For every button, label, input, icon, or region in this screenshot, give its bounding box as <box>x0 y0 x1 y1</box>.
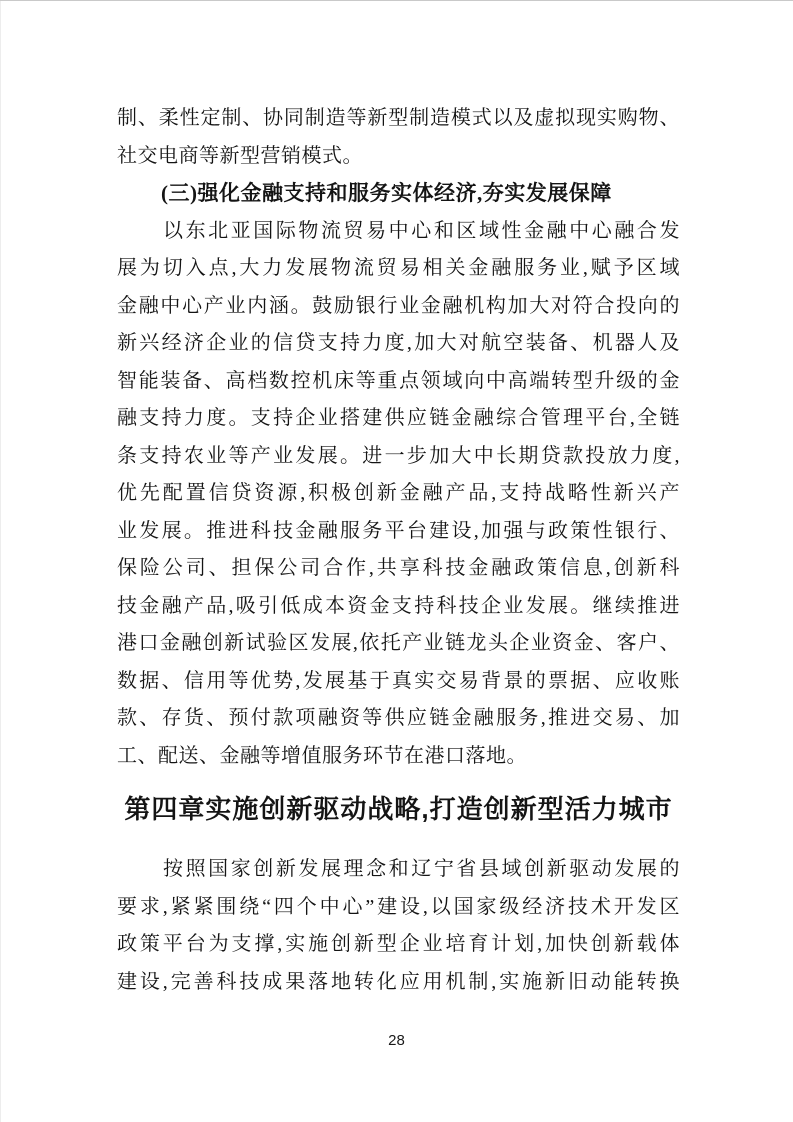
body-text-line: 技金融产品,吸引低成本资金支持科技企业发展。继续推进 <box>117 588 680 626</box>
body-text-line: 金融中心产业内涵。鼓励银行业金融机构加大对符合投向的 <box>117 288 680 326</box>
chapter-heading: 第四章实施创新驱动战略,打造创新型活力城市 <box>117 789 680 829</box>
body-text-line: 优先配置信贷资源,积极创新金融产品,支持战略性新兴产 <box>117 475 680 513</box>
body-text-line: 制、柔性定制、协同制造等新型制造模式以及虚拟现实购物、 <box>117 100 680 138</box>
page-content: 制、柔性定制、协同制造等新型制造模式以及虚拟现实购物、 社交电商等新型营销模式。… <box>117 100 680 1001</box>
body-text-line: 工、配送、金融等增值服务环节在港口落地。 <box>117 738 680 776</box>
body-text-line: 智能装备、高档数控机床等重点领域向中高端转型升级的金 <box>117 363 680 401</box>
body-text-line: 融支持力度。支持企业搭建供应链金融综合管理平台,全链 <box>117 400 680 438</box>
body-text-line: 业发展。推进科技金融服务平台建设,加强与政策性银行、 <box>117 513 680 551</box>
body-text-line: 按照国家创新发展理念和辽宁省县域创新驱动发展的 <box>117 851 680 889</box>
section-heading: (三)强化金融支持和服务实体经济,夯实发展保障 <box>117 175 680 213</box>
continued-paragraph: 制、柔性定制、协同制造等新型制造模式以及虚拟现实购物、 社交电商等新型营销模式。 <box>117 100 680 175</box>
body-text-line: 以东北亚国际物流贸易中心和区域性金融中心融合发 <box>117 213 680 251</box>
document-page: 制、柔性定制、协同制造等新型制造模式以及虚拟现实购物、 社交电商等新型营销模式。… <box>0 0 793 1122</box>
body-text-line: 数据、信用等优势,发展基于真实交易背景的票据、应收账 <box>117 663 680 701</box>
body-text-line: 展为切入点,大力发展物流贸易相关金融服务业,赋予区域 <box>117 250 680 288</box>
body-text-line: 政策平台为支撑,实施创新型企业培育计划,加快创新载体 <box>117 926 680 964</box>
body-text-line: 新兴经济企业的信贷支持力度,加大对航空装备、机器人及 <box>117 325 680 363</box>
page-number: 28 <box>0 1032 793 1049</box>
finance-paragraph: 以东北亚国际物流贸易中心和区域性金融中心融合发 展为切入点,大力发展物流贸易相关… <box>117 213 680 776</box>
body-text-line: 要求,紧紧围绕“四个中心”建设,以国家级经济技术开发区 <box>117 889 680 927</box>
body-text-line: 款、存货、预付款项融资等供应链金融服务,推进交易、加 <box>117 700 680 738</box>
body-text-line: 保险公司、担保公司合作,共享科技金融政策信息,创新科 <box>117 550 680 588</box>
body-text-line: 建设,完善科技成果落地转化应用机制,实施新旧动能转换 <box>117 964 680 1002</box>
body-text-line: 港口金融创新试验区发展,依托产业链龙头企业资金、客户、 <box>117 625 680 663</box>
body-text-line: 条支持农业等产业发展。进一步加大中长期贷款投放力度, <box>117 438 680 476</box>
innovation-paragraph: 按照国家创新发展理念和辽宁省县域创新驱动发展的 要求,紧紧围绕“四个中心”建设,… <box>117 851 680 1001</box>
body-text-line: 社交电商等新型营销模式。 <box>117 138 680 176</box>
